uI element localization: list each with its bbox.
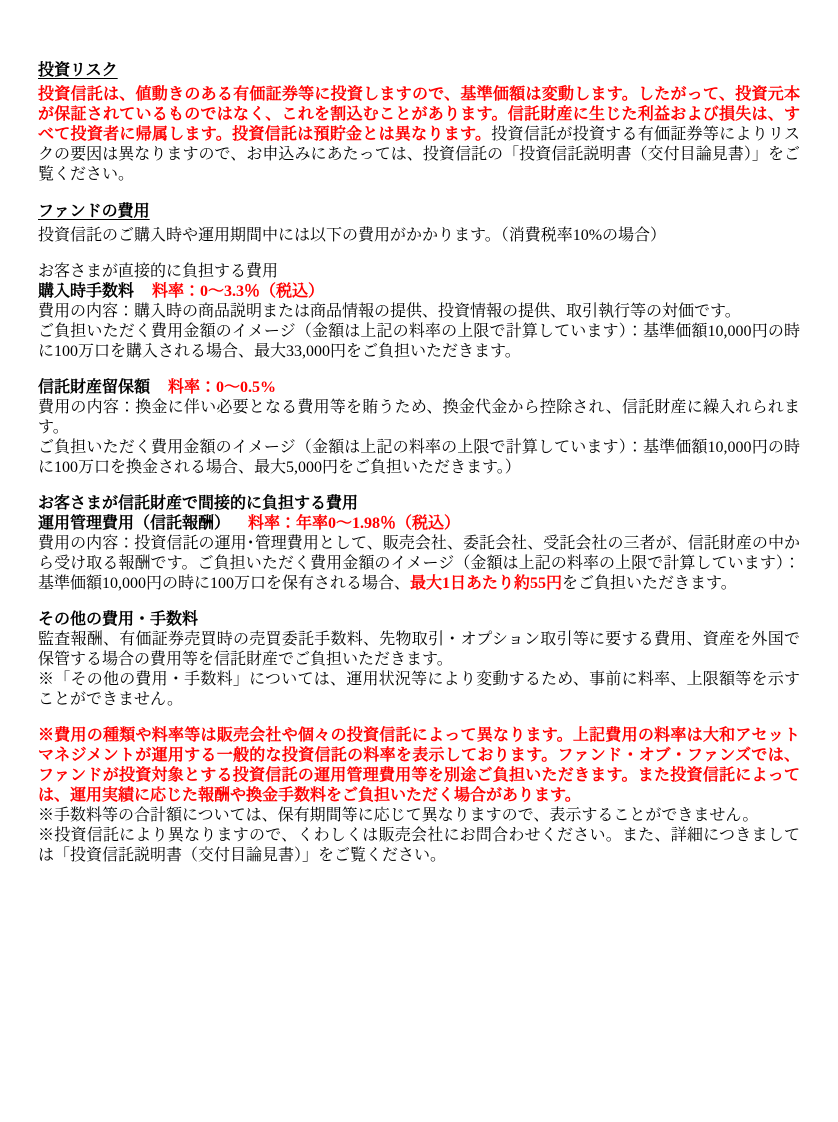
retention-fee-label: 信託財産留保額 [38,379,150,396]
purchase-fee-label: 購入時手数料 [38,283,134,300]
management-fee-rate: 料率：年率0～1.98％（税込） [248,515,460,532]
direct-fees-title: お客さまが直接的に負担する費用 [38,262,800,282]
purchase-fee-line: 購入時手数料料率：0～3.3％（税込） [38,282,800,302]
fees-contact-note: ※投資信託により異なりますので、くわしくは販売会社にお問合わせください。また、詳… [38,826,800,866]
purchase-fee-description: 費用の内容：購入時の商品説明または商品情報の提供、投資情報の提供、取引執行等の対… [38,302,800,322]
fees-section-header: ファンドの費用 投資信託のご購入時や運用期間中には以下の費用がかかります。（消費… [38,201,800,246]
retention-fee-example: ご負担いただく費用金額のイメージ（金額は上記の料率の上限で計算しています）：基準… [38,438,800,478]
management-fee-description: 費用の内容：投資信託の運用･管理費用として、販売会社、委託会社、受託会社の三者が… [38,534,800,594]
fees-section-heading: ファンドの費用 [38,201,800,222]
other-fees-description: 監査報酬、有価証券売買時の売買委託手数料、先物取引・オプション取引等に要する費用… [38,630,800,670]
purchase-fee-example: ご負担いただく費用金額のイメージ（金額は上記の料率の上限で計算しています）：基準… [38,322,800,362]
other-fees-title: その他の費用・手数料 [38,610,800,630]
management-fee-label: 運用管理費用（信託報酬） [38,515,230,532]
management-fee-desc-after: をご負担いただきます。 [562,575,737,592]
other-fees-block: その他の費用・手数料 監査報酬、有価証券売買時の売買委託手数料、先物取引・オプシ… [38,610,800,710]
retention-fee-description: 費用の内容：換金に伴い必要となる費用等を賄うため、換金代金から控除され、信託財産… [38,398,800,438]
fees-total-note: ※手数料等の合計額については、保有期間等に応じて異なりますので、表示することがで… [38,806,800,826]
document-page: 投資リスク 投資信託は、値動きのある有価証券等に投資しますので、基準価額は変動し… [0,0,838,1122]
purchase-fee-rate: 料率：0～3.3％（税込） [152,283,324,300]
risk-section-heading: 投資リスク [38,60,800,81]
retention-fee-block: 信託財産留保額料率：0～0.5% 費用の内容：換金に伴い必要となる費用等を賄うた… [38,378,800,478]
risk-warning-paragraph: 投資信託は、値動きのある有価証券等に投資しますので、基準価額は変動します。したが… [38,85,800,185]
fees-intro-text: 投資信託のご購入時や運用期間中には以下の費用がかかります。（消費税率10%の場合… [38,226,800,246]
direct-fees-purchase-block: お客さまが直接的に負担する費用 購入時手数料料率：0～3.3％（税込） 費用の内… [38,262,800,362]
fees-red-note: ※費用の種類や料率等は販売会社や個々の投資信託によって異なります。上記費用の料率… [38,726,800,806]
indirect-fees-title: お客さまが信託財産で間接的に負担する費用 [38,494,800,514]
risk-section: 投資リスク 投資信託は、値動きのある有価証券等に投資しますので、基準価額は変動し… [38,60,800,185]
retention-fee-line: 信託財産留保額料率：0～0.5% [38,378,800,398]
footnotes-block: ※費用の種類や料率等は販売会社や個々の投資信託によって異なります。上記費用の料率… [38,726,800,866]
indirect-fees-block: お客さまが信託財産で間接的に負担する費用 運用管理費用（信託報酬）料率：年率0～… [38,494,800,594]
retention-fee-rate: 料率：0～0.5% [168,379,276,396]
management-fee-desc-highlight: 最大1日あたり約55円 [410,575,562,592]
management-fee-line: 運用管理費用（信託報酬）料率：年率0～1.98％（税込） [38,514,800,534]
other-fees-note: ※「その他の費用・手数料」については、運用状況等により変動するため、事前に料率、… [38,670,800,710]
